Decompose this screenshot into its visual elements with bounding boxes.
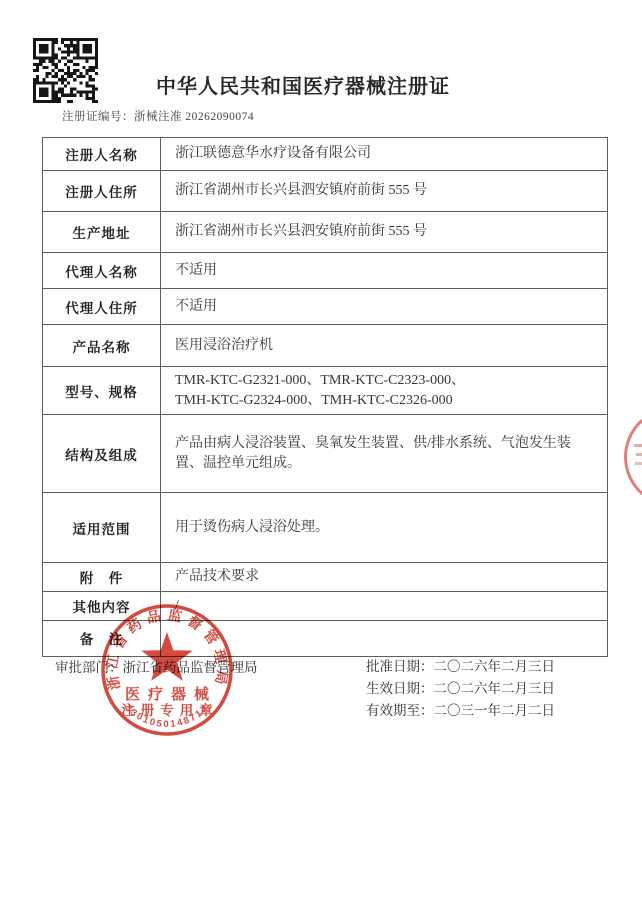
table-row: 注册人名称浙江联德意华水疗设备有限公司 [43,138,608,171]
row-value: 不适用 [161,289,608,325]
registration-number-label: 注册证编号： [62,111,134,123]
row-value: 产品技术要求 [161,563,608,592]
table-row: 注册人住所浙江省湖州市长兴县泗安镇府前街 555 号 [43,171,608,212]
partial-seal [624,407,642,507]
footer: 审批部门：浙江省药品监督管理局 批准日期：二〇二六年二月三日生效日期：二〇二六年… [0,650,642,740]
row-label: 产品名称 [43,325,161,367]
page-title: 中华人民共和国医疗器械注册证 [0,70,606,99]
certificate-table: 注册人名称浙江联德意华水疗设备有限公司注册人住所浙江省湖州市长兴县泗安镇府前街 … [42,137,608,657]
table-row: 代理人住所不适用 [43,289,608,325]
row-label: 结构及组成 [43,415,161,493]
row-value: 浙江省湖州市长兴县泗安镇府前街 555 号 [161,212,608,253]
certificate-page: 中华人民共和国医疗器械注册证 注册证编号：浙械注准 20262090074 注册… [0,0,642,909]
table-row: 适用范围用于烫伤病人浸浴处理。 [43,493,608,563]
table-row: 生产地址浙江省湖州市长兴县泗安镇府前街 555 号 [43,212,608,253]
registration-number-value: 浙械注准 20262090074 [134,111,254,123]
row-label: 注册人住所 [43,171,161,212]
row-value: 浙江联德意华水疗设备有限公司 [161,138,608,171]
approval-department-value: 浙江省药品监督管理局 [123,660,258,675]
approval-department: 审批部门：浙江省药品监督管理局 [55,656,258,676]
row-value: / [161,592,608,621]
table-row: 结构及组成产品由病人浸浴装置、臭氧发生装置、供/排水系统、气泡发生装置、温控单元… [43,415,608,493]
date-line: 有效期至：二〇三一年二月二日 [366,700,555,722]
row-value: TMR-KTC-G2321-000、TMR-KTC-C2323-000、 TMH… [161,367,608,415]
approval-department-label: 审批部门： [55,660,123,675]
row-label: 其他内容 [43,592,161,621]
row-value: 产品由病人浸浴装置、臭氧发生装置、供/排水系统、气泡发生装置、温控单元组成。 [161,415,608,493]
date-list: 批准日期：二〇二六年二月三日生效日期：二〇二六年二月三日有效期至：二〇三一年二月… [366,656,555,722]
table-row: 其他内容/ [43,592,608,621]
table-row: 附 件产品技术要求 [43,563,608,592]
date-line: 生效日期：二〇二六年二月三日 [366,678,555,700]
row-value: 用于烫伤病人浸浴处理。 [161,493,608,563]
table-row: 型号、规格TMR-KTC-G2321-000、TMR-KTC-C2323-000… [43,367,608,415]
row-value: 不适用 [161,253,608,289]
row-label: 型号、规格 [43,367,161,415]
table-row: 产品名称医用浸浴治疗机 [43,325,608,367]
row-value: 浙江省湖州市长兴县泗安镇府前街 555 号 [161,171,608,212]
table-row: 代理人名称不适用 [43,253,608,289]
date-line: 批准日期：二〇二六年二月三日 [366,656,555,678]
row-label: 生产地址 [43,212,161,253]
registration-number: 注册证编号：浙械注准 20262090074 [62,108,254,124]
row-label: 注册人名称 [43,138,161,171]
row-label: 代理人名称 [43,253,161,289]
row-label: 适用范围 [43,493,161,563]
row-label: 附 件 [43,563,161,592]
row-label: 代理人住所 [43,289,161,325]
row-value: 医用浸浴治疗机 [161,325,608,367]
